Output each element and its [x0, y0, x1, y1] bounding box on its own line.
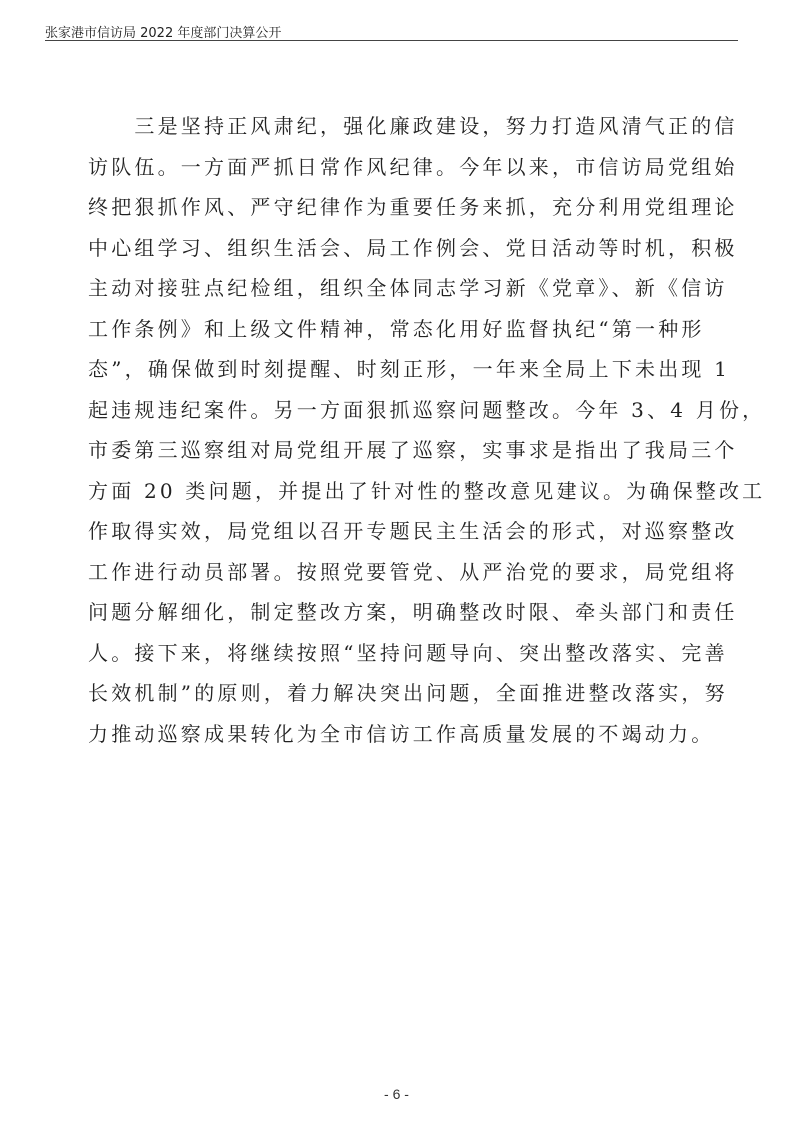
- text-line: 问题分解细化，制定整改方案，明确整改时限、牵头部门和责任: [88, 592, 708, 633]
- text-line: 作取得实效，局党组以召开专题民主生活会的形式，对巡察整改: [88, 511, 708, 552]
- text-line: 方面 20 类问题，并提出了针对性的整改意见建议。为确保整改工: [88, 471, 708, 512]
- text-line: 起违规违纪案件。另一方面狠抓巡察问题整改。今年 3、4 月份，: [88, 390, 708, 431]
- document-header: 张家港市信访局 2022 年度部门决算公开: [45, 22, 738, 41]
- text-line: 终把狠抓作风、严守纪律作为重要任务来抓，充分利用党组理论: [88, 187, 708, 228]
- text-line: 力推动巡察成果转化为全市信访工作高质量发展的不竭动力。: [88, 714, 708, 755]
- text-line: 主动对接驻点纪检组，组织全体同志学习新《党章》、新《信访: [88, 268, 708, 309]
- page-number: - 6 -: [0, 1086, 793, 1102]
- text-line: 工作条例》和上级文件精神，常态化用好监督执纪“第一种形: [88, 309, 708, 350]
- text-line: 工作进行动员部署。按照党要管党、从严治党的要求，局党组将: [88, 552, 708, 593]
- body-paragraph: 三是坚持正风肃纪，强化廉政建设，努力打造风清气正的信 访队伍。一方面严抓日常作风…: [88, 106, 708, 754]
- text-line: 三是坚持正风肃纪，强化廉政建设，努力打造风清气正的信: [88, 106, 708, 147]
- text-line: 态”，确保做到时刻提醒、时刻正形，一年来全局上下未出现 1: [88, 349, 708, 390]
- text-line: 市委第三巡察组对局党组开展了巡察，实事求是指出了我局三个: [88, 430, 708, 471]
- text-line: 中心组学习、组织生活会、局工作例会、党日活动等时机，积极: [88, 228, 708, 269]
- text-line: 长效机制”的原则，着力解决突出问题，全面推进整改落实，努: [88, 673, 708, 714]
- text-line: 访队伍。一方面严抓日常作风纪律。今年以来，市信访局党组始: [88, 147, 708, 188]
- header-divider: [45, 40, 738, 41]
- text-line: 人。接下来，将继续按照“坚持问题导向、突出整改落实、完善: [88, 633, 708, 674]
